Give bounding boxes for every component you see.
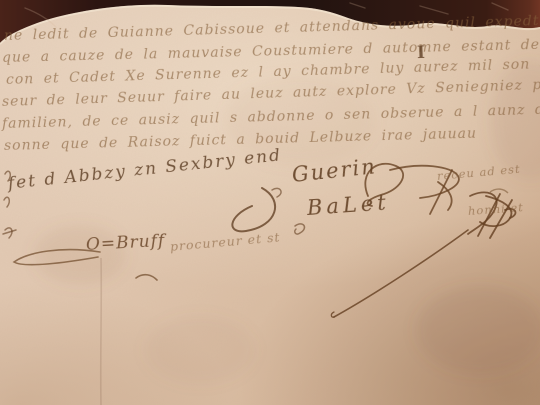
clerk-flourish (232, 188, 275, 231)
manuscript-photo: ne ledit de Guianne Cabissoue et attenda… (0, 0, 540, 405)
signature-bruff: O=Bruff (85, 231, 165, 255)
signature-bruff-note: procureur et st (169, 229, 281, 254)
fold-crease (101, 258, 102, 405)
note-tilde (490, 189, 508, 193)
signature-balet: BaLet (306, 190, 390, 220)
signature-guerin-note: receu ad est (436, 162, 521, 183)
signature-guerin: Guerin (291, 154, 378, 187)
ink-blot-mark: I (417, 43, 426, 63)
signature-balet-note: honni et (468, 200, 525, 218)
